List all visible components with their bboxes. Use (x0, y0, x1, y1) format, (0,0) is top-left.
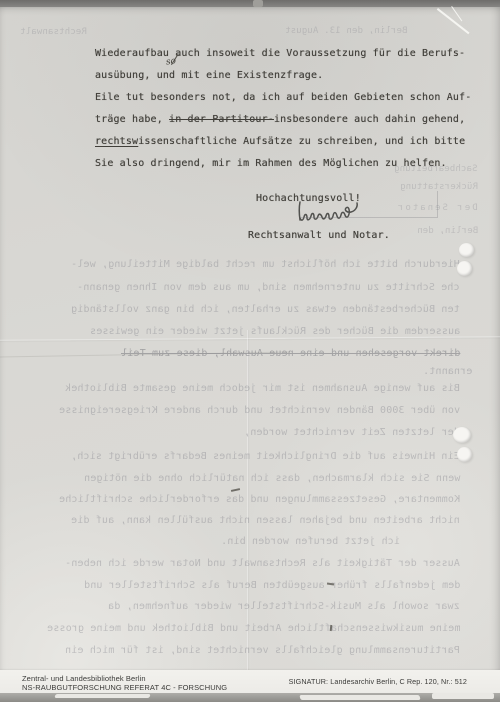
paper-nick (253, 0, 263, 7)
bleedthrough-line: ernannt. (423, 366, 472, 377)
bleedthrough-line: der letzten Zeit vernichtet worden, (244, 427, 460, 438)
letter-line: Eile tut besonders not, da ich auf beide… (95, 92, 471, 103)
bleedthrough-line: Partiturensammlung gleichfalls vernichte… (65, 645, 460, 656)
letter-line: Wiederaufbau auch insoweit die Vorausset… (95, 48, 465, 59)
bleedthrough-line: ausserdem die Bücher des Rücklaufs jetzt… (90, 326, 460, 337)
torn-paper-fragment (432, 693, 494, 699)
bleedthrough-line: wenn Sie sich klarmachen, dass ich natür… (84, 473, 460, 484)
bleedthrough-line: Ein Hinweis auf die Dringlichkeit meines… (71, 451, 460, 462)
bleedthrough-stamp: Rückerstattung (400, 182, 478, 192)
handwritten-signature (296, 199, 364, 223)
signer-title: Rechtsanwalt und Notar. (248, 230, 390, 241)
bleedthrough-line: ich jetzt berufen worden bin. (221, 536, 400, 547)
bleedthrough-stamp: Sachbearbeitung (394, 164, 478, 174)
letter-line-segment: mit eine Existenzfrage. (175, 70, 323, 81)
bleedthrough-line: nicht arbeiten und bejahen lassen nicht … (71, 515, 460, 526)
letter-line-segment: ausübung, und (95, 70, 175, 81)
torn-paper-fragment (54, 694, 150, 698)
bleedthrough-line: meine musikwissenschaftliche Arbeit und … (47, 623, 460, 634)
scan-top-edge (0, 0, 500, 7)
bleedthrough-rule (437, 191, 438, 218)
letter-line-segment: insbesondere auch dahin gehend, (274, 114, 465, 125)
underlined-text: rechtsw (95, 136, 138, 147)
bleedthrough-rule (300, 217, 437, 218)
torn-paper-fragment (299, 695, 420, 700)
bleedthrough-line: direkt vorgesehen und eine neue Auswahl,… (121, 348, 460, 359)
bleedthrough-line: ten Bücherbeständen etwas zu erhalten, i… (71, 304, 460, 315)
letter-line-segment: träge habe, (95, 114, 169, 125)
bleedthrough-letterhead: Rechtsanwalt (20, 27, 87, 37)
bleedthrough-line: Ausser der Tätigkeit als Rechtsanwalt un… (65, 558, 460, 569)
punch-hole (459, 243, 474, 257)
letter-line: träge habe, in der Partitour-insbesonder… (95, 114, 465, 125)
bleedthrough-line: Hierdurch bitte ich höflichst um recht b… (71, 259, 460, 270)
bleedthrough-stamp: Berlin, den (417, 226, 478, 236)
bleedthrough-line: Kommentare, Gesetzessammlungen und das e… (59, 494, 460, 505)
punch-hole (453, 427, 471, 443)
footer-library-attribution: Zentral- und Landesbibliothek Berlin NS-… (22, 674, 227, 692)
bleedthrough-line: zwar sowohl als Musik-Schriftsteller wie… (108, 601, 460, 612)
punch-hole (457, 447, 472, 462)
bleedthrough-line: dem jedenfalls früher ausgeübten Beruf a… (84, 580, 460, 591)
bleedthrough-line: von über 3000 Bänden vernichtet und durc… (59, 405, 460, 416)
bleedthrough-line: che Schritte zu unternehmen sind, um aus… (77, 282, 460, 293)
footer-signatur: SIGNATUR: Landesarchiv Berlin, C Rep. 12… (289, 677, 467, 686)
bleedthrough-letterhead: Berlin, den 13. August (285, 26, 408, 36)
bleedthrough-line: Bis auf wenige Ausnahmen ist mir jedoch … (65, 383, 460, 394)
footer-library-name: Zentral- und Landesbibliothek Berlin (22, 674, 227, 683)
letter-line-segment: issenschaftliche Aufsätze zu schreiben, … (138, 136, 465, 147)
punch-hole (457, 261, 472, 276)
letter-line: rechtswissenschaftliche Aufsätze zu schr… (95, 136, 465, 147)
footer-department: NS-RAUBGUTFORSCHUNG REFERAT 4C - FORSCHU… (22, 683, 227, 692)
struck-text: in der Partitour- (169, 114, 274, 125)
letter-line: ausübung, und mit eine Existenzfrage. (95, 70, 323, 81)
archival-scan-page: Rechtsanwalt Berlin, den 13. August Wied… (0, 0, 500, 702)
